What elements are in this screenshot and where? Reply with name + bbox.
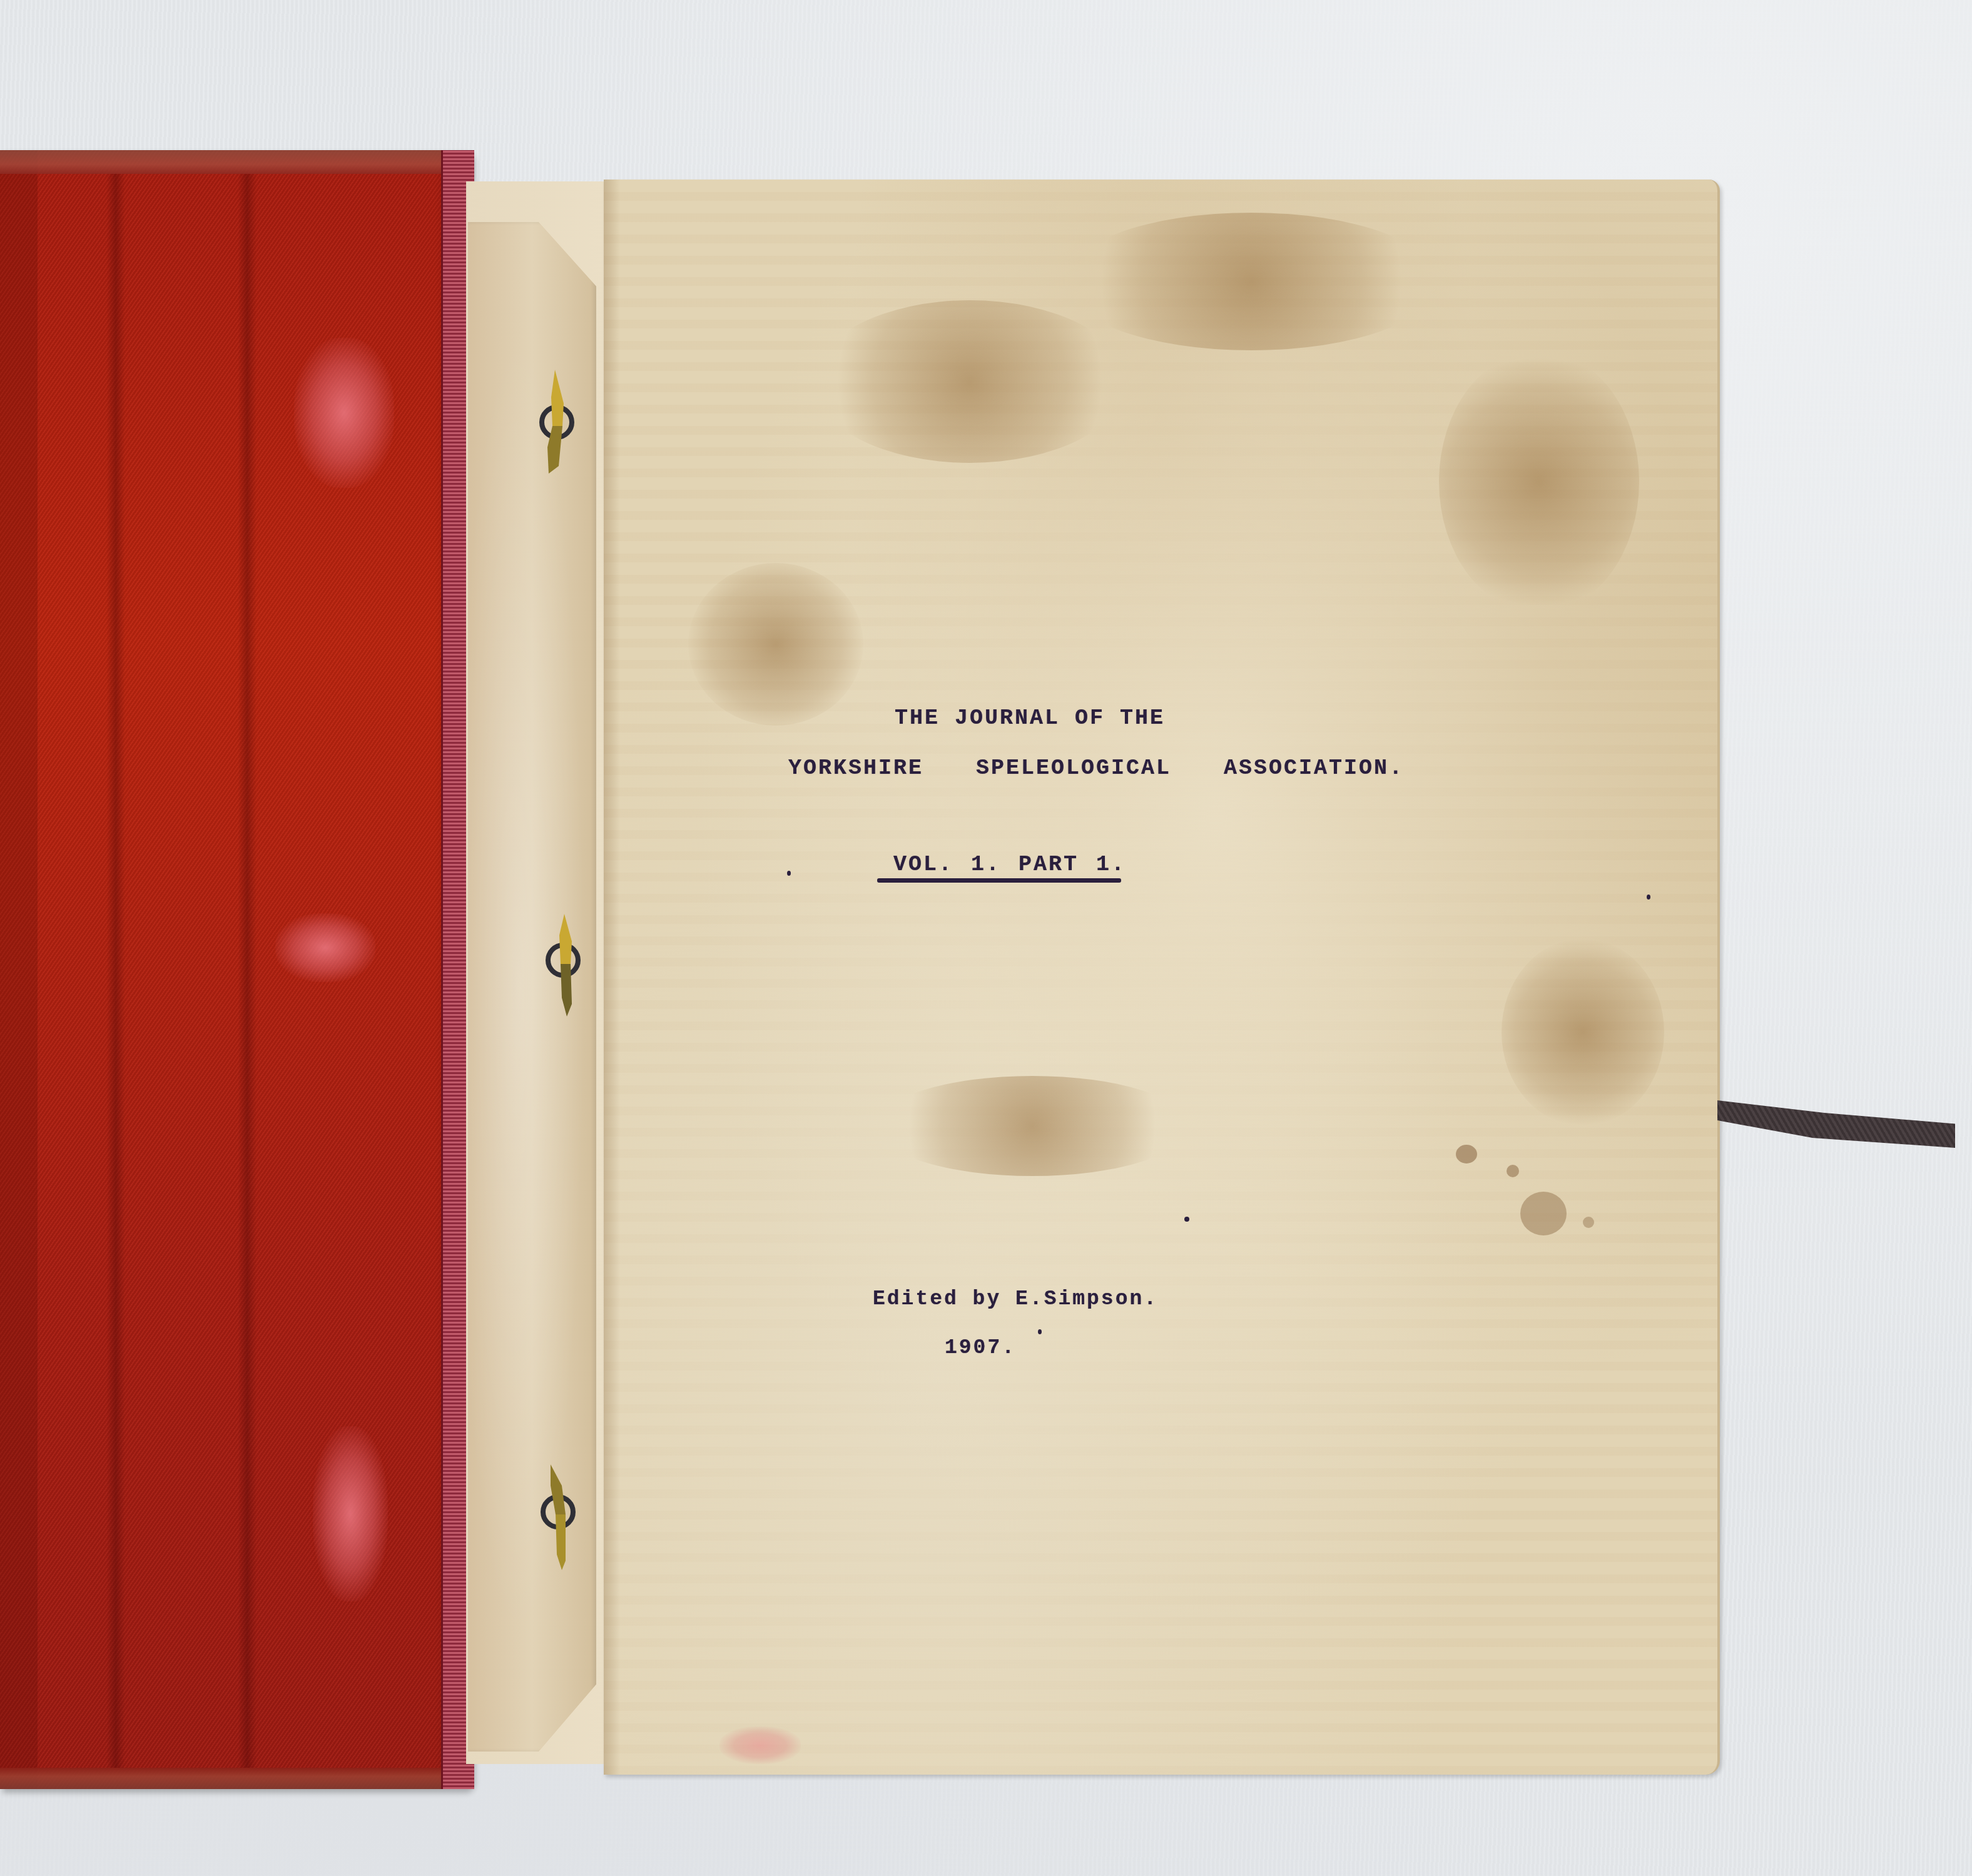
editor-credit: Edited by E.Simpson. — [873, 1287, 1158, 1311]
cover-wear-mark — [313, 1426, 388, 1601]
cover-crease — [238, 174, 257, 1768]
red-cloth-cover — [0, 150, 472, 1789]
cover-wear-mark — [294, 338, 394, 488]
stain-spot — [1507, 1165, 1519, 1177]
volume-part-label: VOL. 1. PART 1. — [893, 852, 1126, 877]
stain-spot — [1520, 1192, 1567, 1235]
ink-dot — [1184, 1217, 1189, 1222]
cover-top-edge — [0, 150, 466, 174]
foxing-stain — [876, 1076, 1189, 1176]
foxing-stain — [813, 300, 1126, 463]
journal-title-line2: YORKSHIRE SPELEOLOGICAL ASSOCIATION. — [788, 756, 1404, 781]
page-gutter-shadow — [604, 180, 620, 1775]
cover-crease — [106, 174, 125, 1768]
brass-fastener-icon — [538, 1461, 582, 1573]
red-transfer-stain — [719, 1726, 801, 1764]
ink-dot — [1038, 1329, 1042, 1334]
cover-bottom-edge — [0, 1768, 466, 1789]
cover-wear-mark — [275, 913, 375, 982]
volume-underline — [877, 878, 1121, 883]
stain-spot — [1583, 1217, 1594, 1228]
foxing-stain — [688, 563, 863, 726]
brass-fastener-icon — [535, 366, 579, 479]
foxing-stain — [1439, 350, 1639, 613]
journal-title-line1: THE JOURNAL OF THE — [895, 706, 1165, 731]
bookmark-ribbon — [1717, 1098, 1955, 1148]
foxing-stain — [1064, 213, 1439, 350]
stain-spot — [1456, 1145, 1477, 1164]
foxing-stain — [1502, 938, 1664, 1126]
ink-dot — [1647, 895, 1650, 900]
ink-dot — [787, 871, 791, 876]
brass-fastener-icon — [544, 910, 588, 1023]
publication-year: 1907. — [945, 1336, 1016, 1359]
